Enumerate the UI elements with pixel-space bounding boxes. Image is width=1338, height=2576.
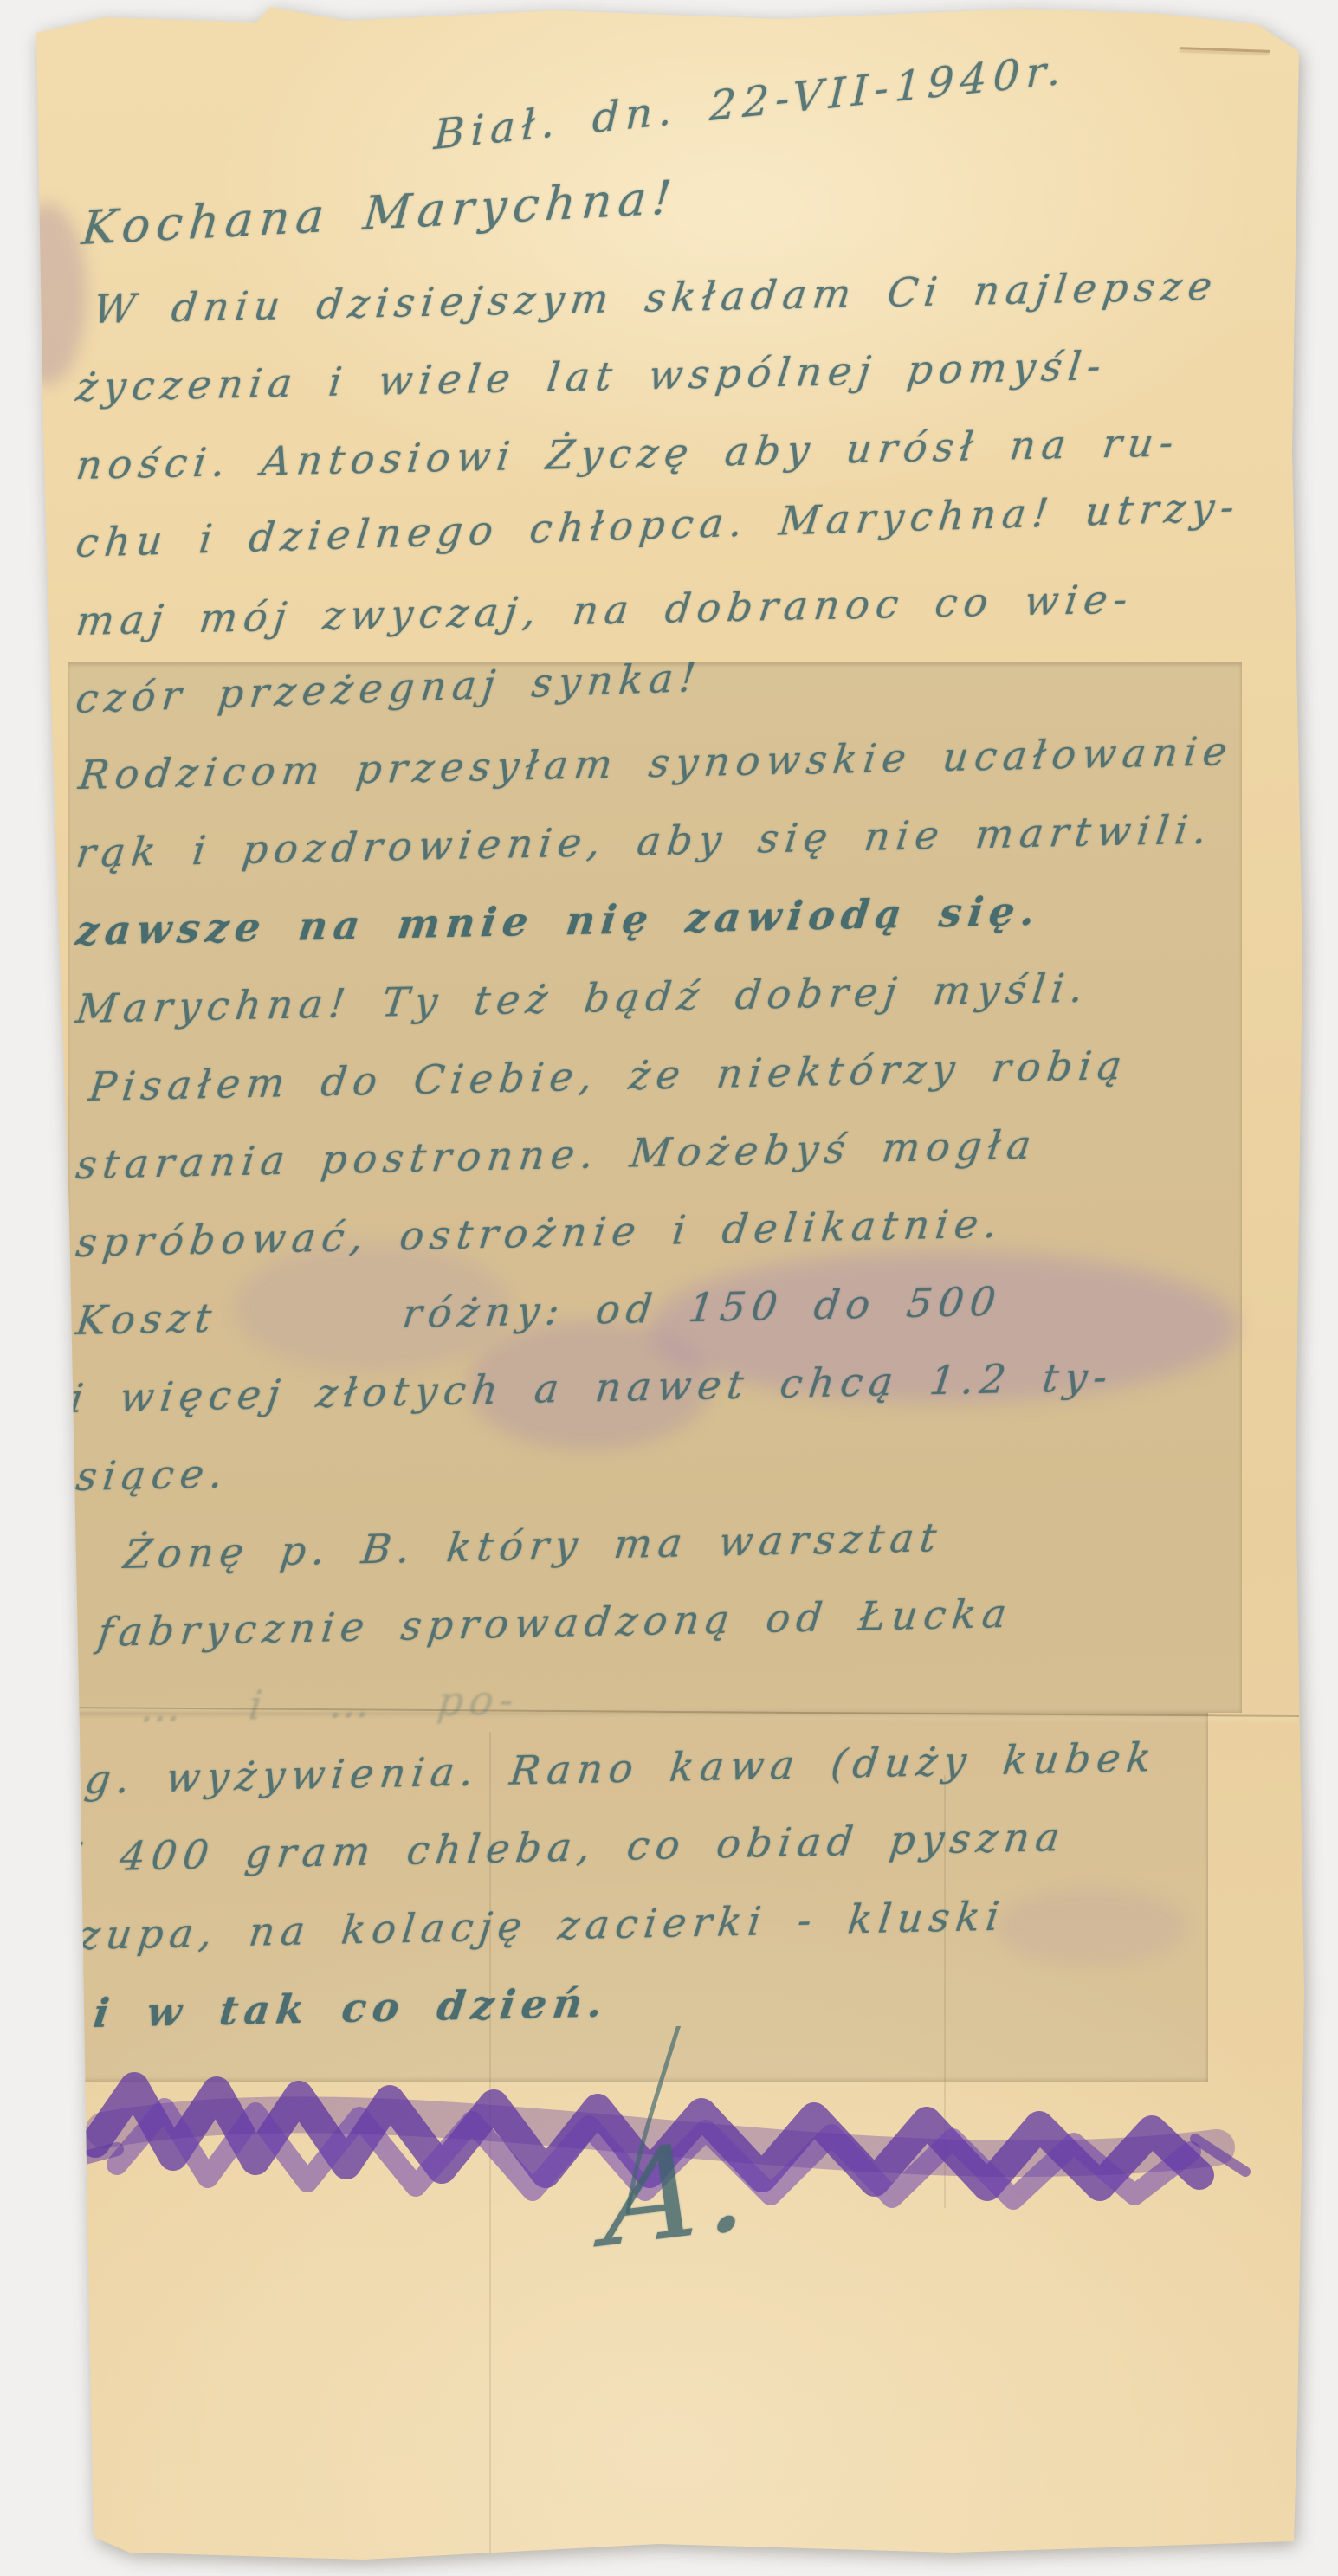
purple-smudge (996, 1888, 1186, 1966)
letter-line: spróbować, ostrożnie i delikatnie. (74, 1200, 1005, 1266)
letter-line: Żonę p. B. który ma warsztat (121, 1514, 945, 1578)
letter-line: rąk i pozdrowienie, aby się nie martwili… (74, 806, 1215, 876)
letter-line: Marychna! Ty też bądź dobrej myśli. (74, 965, 1092, 1032)
letter-line: zupa, na kolację zacierki - kluski (76, 1893, 1008, 1959)
top-right-crease (1180, 47, 1270, 53)
letter-line: siące. (74, 1449, 231, 1500)
signature: A. (602, 2109, 759, 2276)
letter-line: fabrycznie sprowadzoną od Łucka (95, 1590, 1015, 1656)
letter-line: ności. Antosiowi Życzę aby urósł na ru- (74, 418, 1182, 488)
letter-line-cost: Koszt różny: od 150 do 500 (74, 1278, 1005, 1344)
letter-line: Rodzicom przesyłam synowskie ucałowanie (76, 727, 1236, 798)
scan-backdrop: Biał. dn. 22-VII-1940r. Kochana Marychna… (0, 0, 1338, 2576)
letter-line: W dniu dzisiejszym składam Ci najlepsze (91, 262, 1220, 332)
purple-stain (7, 203, 87, 385)
letter-paper: Biał. dn. 22-VII-1940r. Kochana Marychna… (0, 0, 1338, 2576)
letter-line: maj mój zwyczaj, na dobranoc co wie- (74, 576, 1136, 644)
letter-line: życzenia i wiele lat wspólnej pomyśl- (74, 342, 1109, 410)
date-line: Biał. dn. 22-VII-1940r. (433, 46, 1068, 159)
letter-line: Pisałem do Ciebie, że niektórzy robią (87, 1042, 1130, 1110)
salutation-line: Kochana Marychna! (80, 170, 680, 255)
letter-line-emphasized: zawsze na mnie nię zawiodą się. (74, 888, 1044, 954)
letter-line: g. wyżywienia. Rano kawa (duży kubek (82, 1733, 1160, 1803)
letter-line: i 400 gram chleba, co obiad pyszna (68, 1813, 1069, 1881)
letter-line: i więcej złotych a nawet chcą 1.2 ty- (68, 1353, 1115, 1422)
letter-line: chu i dzielnego chłopca. Marychna! utrzy… (74, 483, 1243, 566)
letter-line: starania postronne. Możebyś mogła (74, 1121, 1039, 1188)
letter-line-faded: … i … po- (139, 1676, 522, 1731)
letter-line: czór przeżegnaj synka! (74, 654, 704, 722)
